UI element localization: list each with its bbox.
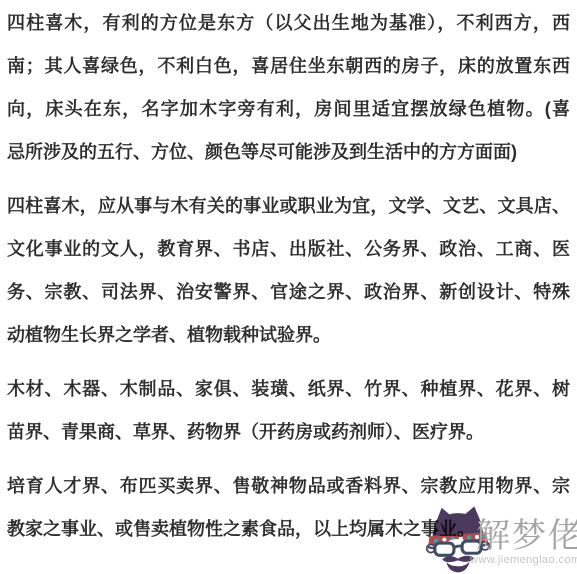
text-line: 南；其人喜绿色，不利白色，喜居住坐东朝西的房子，床的放置东西 xyxy=(7,45,570,88)
text-paragraphs: 四柱喜木，有利的方位是东方（以父出生地为基准），不利西方，西南；其人喜绿色，不利… xyxy=(7,2,570,551)
text-line: 向，床头在东，名字加木字旁有利，房间里适宜摆放绿色植物。(喜 xyxy=(7,88,570,131)
text-line: 忌所涉及的五行、方位、颜色等尽可能涉及到生活中的方方面面) xyxy=(7,131,570,174)
text-line: 教家之事业、或售卖植物性之素食品，以上均属木之事业。 xyxy=(7,508,570,551)
text-line: 四柱喜木，有利的方位是东方（以父出生地为基准），不利西方，西 xyxy=(7,2,570,45)
paragraph: 木材、木器、木制品、家俱、装璜、纸界、竹界、种植界、花界、树苗界、青果商、草界、… xyxy=(7,368,570,454)
text-line: 动植物生长界之学者、植物载种试验界。 xyxy=(7,314,570,357)
text-line: 四柱喜木，应从事与木有关的事业或职业为宜，文学、文艺、文具店、 xyxy=(7,185,570,228)
text-line: 务、宗教、司法界、治安警界、官途之界、政治界、新创设计、特殊 xyxy=(7,271,570,314)
text-line: 文化事业的文人，教育界、书店、出版社、公务界、政治、工商、医 xyxy=(7,228,570,271)
text-line: 木材、木器、木制品、家俱、装璜、纸界、竹界、种植界、花界、树 xyxy=(7,368,570,411)
paragraph: 四柱喜木，应从事与木有关的事业或职业为宜，文学、文艺、文具店、文化事业的文人，教… xyxy=(7,185,570,357)
paragraph: 培育人才界、布匹买卖界、售敬神物品或香料界、宗教应用物界、宗教家之事业、或售卖植… xyxy=(7,465,570,551)
text-line: 苗界、青果商、草界、药物界（开药房或药剂师）、医疗界。 xyxy=(7,411,570,454)
text-line: 培育人才界、布匹买卖界、售敬神物品或香料界、宗教应用物界、宗 xyxy=(7,465,570,508)
article-page: 四柱喜木，有利的方位是东方（以父出生地为基准），不利西方，西南；其人喜绿色，不利… xyxy=(0,0,577,574)
article-text: 四柱喜木，有利的方位是东方（以父出生地为基准），不利西方，西南；其人喜绿色，不利… xyxy=(0,0,577,562)
paragraph: 四柱喜木，有利的方位是东方（以父出生地为基准），不利西方，西南；其人喜绿色，不利… xyxy=(7,2,570,174)
